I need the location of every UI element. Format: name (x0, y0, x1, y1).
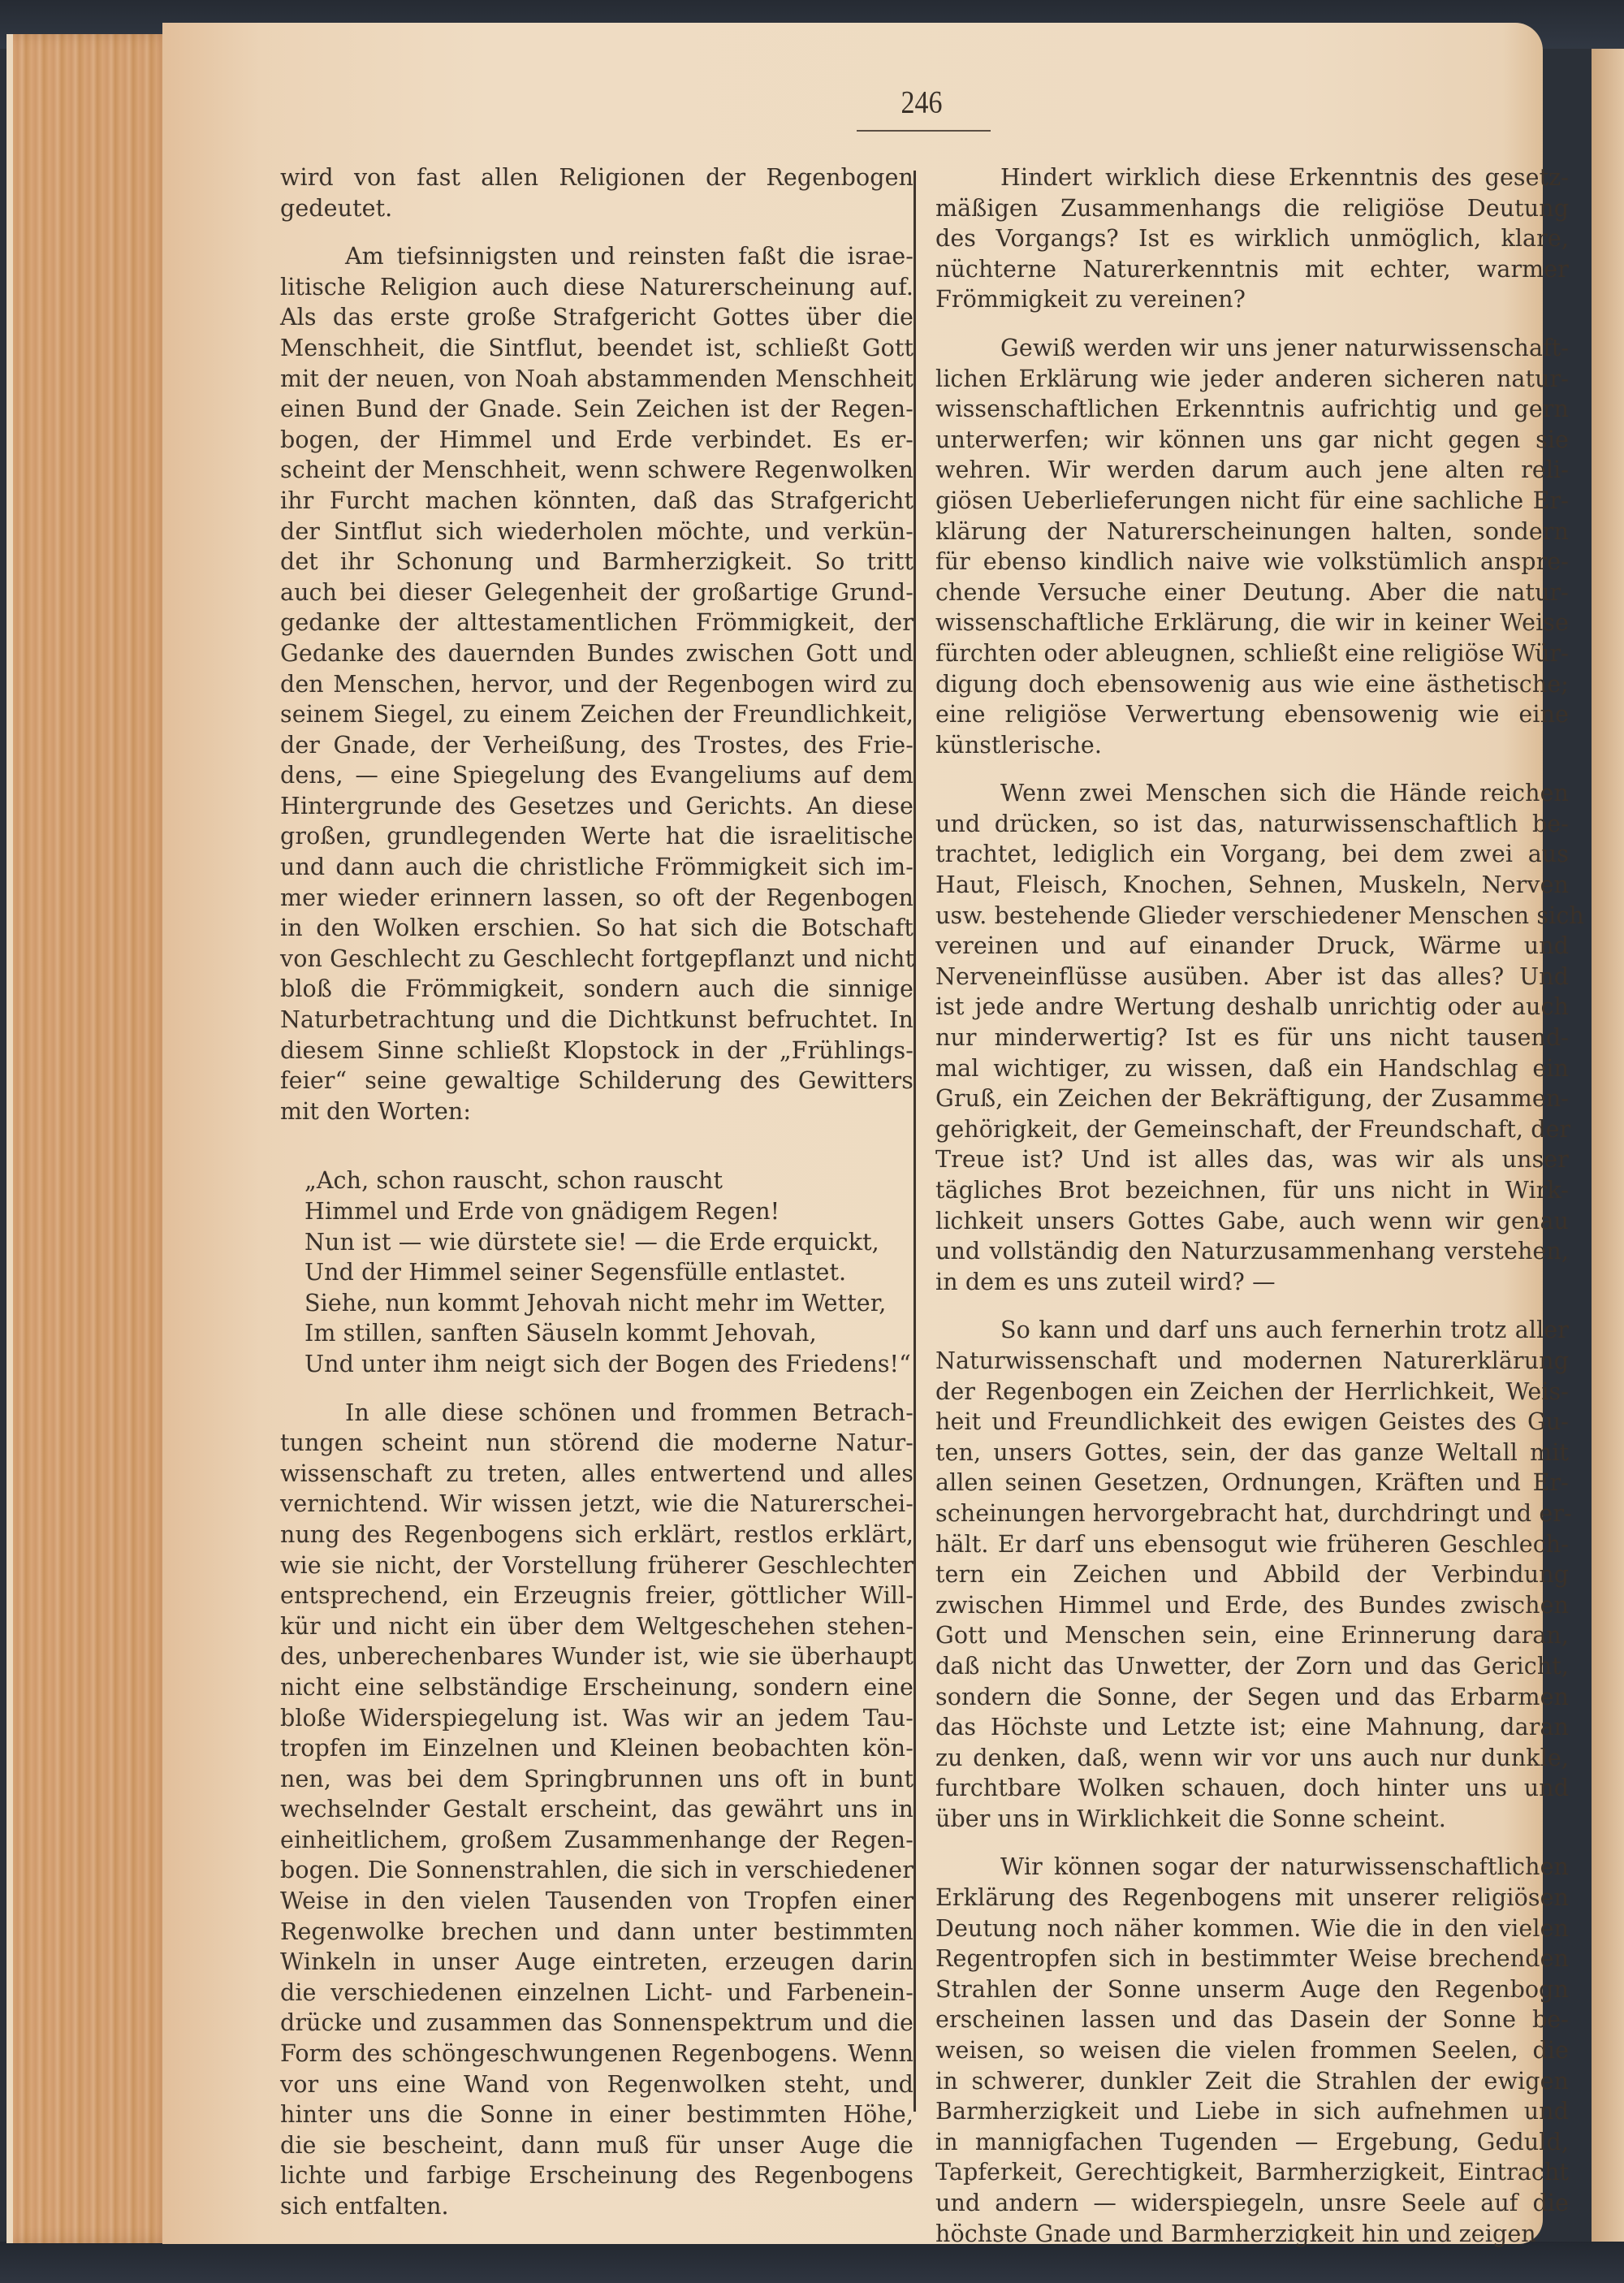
text-line: bogen. Die Sonnenstrahlen, die sich in v… (280, 1855, 914, 1886)
paragraph: wird von fast allen Religionen der Regen… (280, 162, 914, 223)
text-line: künstlerische. (935, 730, 1569, 761)
text-line: allen seinen Gesetzen, Ordnungen, Kräfte… (935, 1468, 1569, 1498)
text-line: den Menschen, hervor, und der Regenbogen… (280, 669, 914, 700)
text-line: Wenn zwei Menschen sich die Hände reiche… (935, 778, 1569, 809)
text-line: tägliches Brot bezeichnen, für uns nicht… (935, 1175, 1569, 1206)
text-line: chende Versuche einer Deutung. Aber die … (935, 577, 1569, 608)
text-line: det ihr Schonung und Barmherzigkeit. So … (280, 547, 914, 577)
text-line: und vollständig den Naturzusammenhang ve… (935, 1236, 1569, 1267)
paragraph: So kann und darf uns auch fernerhin trot… (935, 1315, 1569, 1834)
text-line: vernichtend. Wir wissen jetzt, wie die N… (280, 1489, 914, 1520)
text-line: Erklärung des Regenbogens mit unserer re… (935, 1883, 1569, 1913)
text-line: Nerveneinflüsse ausüben. Aber ist das al… (935, 962, 1569, 992)
text-line: In alle diese schönen und frommen Betrac… (280, 1398, 914, 1429)
text-line: dens, — eine Spiegelung des Evangeliums … (280, 760, 914, 791)
text-line: großen, grundlegenden Werte hat die isra… (280, 821, 914, 852)
text-line: mäßigen Zusammenhangs die religiöse Deut… (935, 193, 1569, 224)
text-line: trachtet, lediglich ein Vorgang, bei dem… (935, 839, 1569, 870)
text-line: bloß die Frömmigkeit, sondern auch die s… (280, 974, 914, 1005)
text-line: höchste Gnade und Barmherzigkeit hin und… (935, 2219, 1569, 2250)
text-line: giösen Ueberlieferungen nicht für eine s… (935, 486, 1569, 517)
text-line: wissenschaftliche Erklärung, die wir in … (935, 608, 1569, 638)
verse-line: Siehe, nun kommt Jehovah nicht mehr im W… (304, 1288, 914, 1319)
text-line: zu denken, daß, wenn wir vor uns auch nu… (935, 1743, 1569, 1774)
text-line: Winkeln in unser Auge eintreten, erzeuge… (280, 1947, 914, 1978)
column-divider (914, 171, 916, 2112)
text-line: und andern — widerspiegeln, unsre Seele … (935, 2188, 1569, 2219)
verse-line: Nun ist — wie dürstete sie! — die Erde e… (304, 1227, 914, 1258)
text-line: der Regenbogen ein Zeichen der Herrlichk… (935, 1377, 1569, 1407)
text-line: digung doch ebensowenig aus wie eine äst… (935, 669, 1569, 700)
text-line: Als das erste große Strafgericht Gottes … (280, 302, 914, 333)
text-line: nung des Regenbogens sich erklärt, restl… (280, 1520, 914, 1550)
text-line: sondern die Sonne, der Segen und das Erb… (935, 1682, 1569, 1713)
text-line: und drücken, so ist das, naturwissenscha… (935, 809, 1569, 840)
text-line: kür und nicht ein über dem Weltgeschehen… (280, 1611, 914, 1642)
text-line: vor uns eine Wand von Regenwolken steht,… (280, 2069, 914, 2100)
verse-line: Im stillen, sanften Säuseln kommt Jehova… (304, 1318, 914, 1349)
text-line: klärung der Naturerscheinungen halten, s… (935, 517, 1569, 547)
text-line: wissenschaft zu treten, alles entwertend… (280, 1459, 914, 1490)
text-line: Menschheit, die Sintflut, beendet ist, s… (280, 333, 914, 364)
text-line: weisen, so weisen die vielen frommen See… (935, 2035, 1569, 2066)
text-line: wird von fast allen Religionen der Regen… (280, 162, 914, 193)
text-line: gehörigkeit, der Gemeinschaft, der Freun… (935, 1114, 1569, 1145)
text-line: lichen Erklärung wie jeder anderen siche… (935, 364, 1569, 395)
text-line: heit und Freundlichkeit des ewigen Geist… (935, 1407, 1569, 1438)
text-line: der Gnade, der Verheißung, des Trostes, … (280, 730, 914, 761)
text-line: hinter uns die Sonne in einer bestimmten… (280, 2099, 914, 2130)
text-line: Treue ist? Und ist alles das, was wir al… (935, 1144, 1569, 1175)
text-line: einheitlichem, großem Zusammenhange der … (280, 1825, 914, 1856)
text-line: in schwerer, dunkler Zeit die Strahlen d… (935, 2066, 1569, 2097)
text-line: zwischen Himmel und Erde, des Bundes zwi… (935, 1590, 1569, 1621)
text-line: Naturbetrachtung und die Dichtkunst befr… (280, 1005, 914, 1036)
text-line: bogen, der Himmel und Erde verbindet. Es… (280, 425, 914, 456)
text-line: seinem Siegel, zu einem Zeichen der Freu… (280, 699, 914, 730)
verse-line: Und der Himmel seiner Segensfülle entlas… (304, 1257, 914, 1288)
poem-quote: „Ach, schon rauscht, schon rauschtHimmel… (304, 1165, 914, 1379)
text-line: wie sie nicht, der Vorstellung früherer … (280, 1550, 914, 1581)
text-line: lichkeit unsers Gottes Gabe, auch wenn w… (935, 1206, 1569, 1237)
text-line: der Sintflut sich wiederholen möchte, un… (280, 517, 914, 547)
text-line: nicht eine selbständige Erscheinung, son… (280, 1672, 914, 1703)
paragraph: Hindert wirklich diese Erkenntnis des ge… (935, 162, 1569, 315)
text-line: vereinen und auf einander Druck, Wärme u… (935, 931, 1569, 962)
text-line: in den Wolken erschien. So hat sich die … (280, 913, 914, 944)
text-line: Hintergrunde des Gesetzes und Gerichts. … (280, 791, 914, 822)
text-line: wissenschaftlichen Erkenntnis aufrichtig… (935, 394, 1569, 425)
text-line: Strahlen der Sonne unserm Auge den Regen… (935, 1974, 1569, 2005)
text-line: Frömmigkeit zu vereinen? (935, 284, 1569, 315)
next-page-edge (1592, 49, 1624, 2242)
text-line: scheinungen hervorgebracht hat, durchdri… (935, 1498, 1569, 1529)
text-line: gedanke der alttestamentlichen Frömmigke… (280, 608, 914, 638)
text-line: und dann auch die christliche Frömmigkei… (280, 852, 914, 883)
text-line: gedeutet. (280, 193, 914, 224)
text-line: des, unberechenbares Wunder ist, wie sie… (280, 1641, 914, 1672)
text-line: Deutung noch näher kommen. Wie die in de… (935, 1913, 1569, 1944)
text-line: usw. bestehende Glieder verschiedener Me… (935, 901, 1569, 932)
text-line: scheint der Menschheit, wenn schwere Reg… (280, 455, 914, 486)
text-line: mit der neuen, von Noah abstammenden Men… (280, 364, 914, 395)
text-line: ihr Furcht machen könnten, daß das Straf… (280, 486, 914, 517)
text-line: ist jede andre Wertung deshalb unrichtig… (935, 992, 1569, 1023)
text-line: lichte und farbige Erscheinung des Regen… (280, 2160, 914, 2191)
text-line: Haut, Fleisch, Knochen, Sehnen, Muskeln,… (935, 870, 1569, 901)
text-line: wehren. Wir werden darum auch jene alten… (935, 455, 1569, 486)
paragraph: Wir können sogar der naturwissenschaftli… (935, 1852, 1569, 2249)
page-edges-stack (6, 34, 175, 2243)
paragraph: In alle diese schönen und frommen Betrac… (280, 1398, 914, 2222)
text-line: Hindert wirklich diese Erkenntnis des ge… (935, 162, 1569, 193)
verse-line: „Ach, schon rauscht, schon rauscht (304, 1165, 914, 1196)
text-line: erscheinen lassen und das Dasein der Son… (935, 2004, 1569, 2035)
text-line: feier“ seine gewaltige Schilderung des G… (280, 1066, 914, 1096)
text-line: hält. Er darf uns ebensogut wie früheren… (935, 1529, 1569, 1560)
page-number: 246 (897, 85, 946, 121)
paragraph: Wenn zwei Menschen sich die Hände reiche… (935, 778, 1569, 1297)
paragraph: Gewiß werden wir uns jener naturwissensc… (935, 333, 1569, 760)
text-line: mit den Worten: (280, 1096, 914, 1127)
text-line: die verschiedenen einzelnen Licht- und F… (280, 1978, 914, 2008)
text-line: furchtbare Wolken schauen, doch hinter u… (935, 1773, 1569, 1804)
text-line: So kann und darf uns auch fernerhin trot… (935, 1315, 1569, 1346)
text-line: Gedanke des dauernden Bundes zwischen Go… (280, 638, 914, 669)
text-line: mal wichtiger, zu wissen, daß ein Handsc… (935, 1053, 1569, 1084)
text-line: tropfen im Einzelnen und Kleinen beobach… (280, 1733, 914, 1764)
text-line: das Höchste und Letzte ist; eine Mahnung… (935, 1712, 1569, 1743)
text-line: mer wieder erinnern lassen, so oft der R… (280, 883, 914, 914)
verse-line: Himmel und Erde von gnädigem Regen! (304, 1196, 914, 1227)
text-line: ten, unsers Gottes, sein, der das ganze … (935, 1438, 1569, 1468)
text-line: nen, was bei dem Springbrunnen uns oft i… (280, 1764, 914, 1795)
left-column: wird von fast allen Religionen der Regen… (280, 162, 914, 2222)
text-line: diesem Sinne schließt Klopstock in der „… (280, 1036, 914, 1066)
text-line: Regenwolke brechen und dann unter bestim… (280, 1917, 914, 1948)
text-line: nüchterne Naturerkenntnis mit echter, wa… (935, 254, 1569, 285)
text-line: entsprechend, ein Erzeugnis freier, gött… (280, 1580, 914, 1611)
text-line: Barmherzigkeit und Liebe in sich aufnehm… (935, 2096, 1569, 2127)
text-line: in mannigfachen Tugenden — Ergebung, Ged… (935, 2127, 1569, 2158)
text-line: wechselnder Gestalt erscheint, das gewäh… (280, 1794, 914, 1825)
text-line: des Vorgangs? Ist es wirklich unmöglich,… (935, 223, 1569, 254)
paragraph: Am tiefsinnigsten und reinsten faßt die … (280, 241, 914, 1126)
text-line: tungen scheint nun störend die moderne N… (280, 1428, 914, 1459)
header-rule (857, 130, 991, 132)
text-line: Am tiefsinnigsten und reinsten faßt die … (280, 241, 914, 272)
text-line: die sie bescheint, dann muß für unser Au… (280, 2130, 914, 2161)
text-line: Naturwissenschaft und modernen Naturerkl… (935, 1346, 1569, 1377)
text-line: auch bei dieser Gelegenheit der großarti… (280, 577, 914, 608)
text-line: für ebenso kindlich naive wie volkstümli… (935, 547, 1569, 577)
text-line: eine religiöse Verwertung ebensowenig wi… (935, 699, 1569, 730)
text-line: Weise in den vielen Tausenden von Tropfe… (280, 1886, 914, 1917)
text-line: über uns in Wirklichkeit die Sonne schei… (935, 1804, 1569, 1835)
verse-line: Und unter ihm neigt sich der Bogen des F… (304, 1349, 914, 1380)
text-line: Wir können sogar der naturwissenschaftli… (935, 1852, 1569, 1883)
text-line: bloße Widerspiegelung ist. Was wir an je… (280, 1703, 914, 1734)
text-line: in dem es uns zuteil wird? — (935, 1267, 1569, 1298)
text-line: Regentropfen sich in bestimmter Weise br… (935, 1944, 1569, 1974)
text-line: tern ein Zeichen und Abbild der Verbindu… (935, 1559, 1569, 1590)
text-line: nur minderwertig? Ist es für uns nicht t… (935, 1023, 1569, 1053)
text-line: Gott und Menschen sein, eine Erinnerung … (935, 1620, 1569, 1651)
text-line: drücke und zusammen das Sonnenspektrum u… (280, 2008, 914, 2039)
right-column: Hindert wirklich diese Erkenntnis des ge… (935, 162, 1569, 2249)
text-line: unterwerfen; wir können uns gar nicht ge… (935, 425, 1569, 456)
text-line: Tapferkeit, Gerechtigkeit, Barmherzigkei… (935, 2157, 1569, 2188)
text-line: einen Bund der Gnade. Sein Zeichen ist d… (280, 394, 914, 425)
text-line: litische Religion auch diese Naturersche… (280, 272, 914, 303)
text-line: sich entfalten. (280, 2191, 914, 2222)
text-line: daß nicht das Unwetter, der Zorn und das… (935, 1651, 1569, 1682)
text-line: Gruß, ein Zeichen der Bekräftigung, der … (935, 1083, 1569, 1114)
text-line: fürchten oder ableugnen, schließt eine r… (935, 638, 1569, 669)
text-line: von Geschlecht zu Geschlecht fortgepflan… (280, 944, 914, 975)
text-line: Form des schöngeschwungenen Regenbogens.… (280, 2039, 914, 2069)
text-line: Gewiß werden wir uns jener naturwissensc… (935, 333, 1569, 364)
